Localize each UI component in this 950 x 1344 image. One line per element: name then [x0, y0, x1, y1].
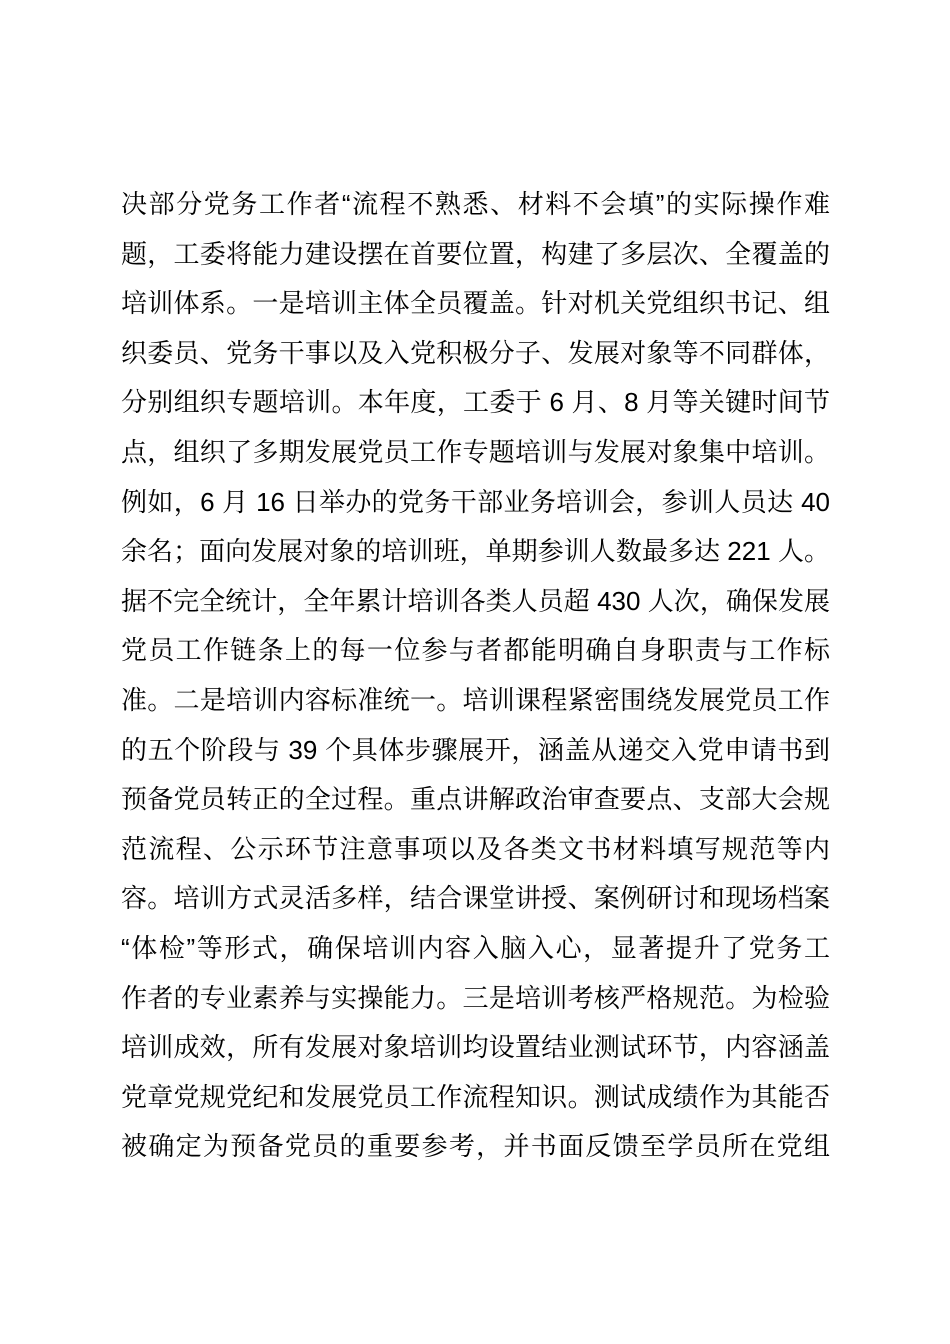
- document-text-block: 决部分党务工作者“流程不熟悉、材料不会填”的实际操作难 题，工委将能力建设摆在首…: [121, 180, 830, 1172]
- text-line: 预备党员转正的全过程。重点讲解政治审查要点、支部大会规: [121, 775, 830, 825]
- text-line: 党员工作链条上的每一位参与者都能明确自身职责与工作标: [121, 626, 830, 676]
- text-line: 的五个阶段与 39 个具体步骤展开，涵盖从递交入党申请书到: [121, 726, 830, 776]
- text-line: 被确定为预备党员的重要参考，并书面反馈至学员所在党组: [121, 1122, 830, 1172]
- text-line: 据不完全统计，全年累计培训各类人员超 430 人次，确保发展: [121, 577, 830, 627]
- text-line: 题，工委将能力建设摆在首要位置，构建了多层次、全覆盖的: [121, 230, 830, 280]
- text-line: 党章党规党纪和发展党员工作流程知识。测试成绩作为其能否: [121, 1073, 830, 1123]
- text-line: 决部分党务工作者“流程不熟悉、材料不会填”的实际操作难: [121, 180, 830, 230]
- text-line: 容。培训方式灵活多样，结合课堂讲授、案例研讨和现场档案: [121, 874, 830, 924]
- text-line: 范流程、公示环节注意事项以及各类文书材料填写规范等内: [121, 825, 830, 875]
- text-line: 分别组织专题培训。本年度，工委于 6 月、8 月等关键时间节: [121, 378, 830, 428]
- text-line: 织委员、党务干事以及入党积极分子、发展对象等不同群体，: [121, 329, 830, 379]
- text-line: 培训体系。一是培训主体全员覆盖。针对机关党组织书记、组: [121, 279, 830, 329]
- text-line: 准。二是培训内容标准统一。培训课程紧密围绕发展党员工作: [121, 676, 830, 726]
- document-page: 决部分党务工作者“流程不熟悉、材料不会填”的实际操作难 题，工委将能力建设摆在首…: [0, 0, 950, 1344]
- text-line: “体检”等形式，确保培训内容入脑入心，显著提升了党务工: [121, 924, 830, 974]
- text-line: 作者的专业素养与实操能力。三是培训考核严格规范。为检验: [121, 974, 830, 1024]
- text-line: 点，组织了多期发展党员工作专题培训与发展对象集中培训。: [121, 428, 830, 478]
- text-line: 例如，6 月 16 日举办的党务干部业务培训会，参训人员达 40: [121, 478, 830, 528]
- text-line: 余名；面向发展对象的培训班，单期参训人数最多达 221 人。: [121, 527, 830, 577]
- text-line: 培训成效，所有发展对象培训均设置结业测试环节，内容涵盖: [121, 1023, 830, 1073]
